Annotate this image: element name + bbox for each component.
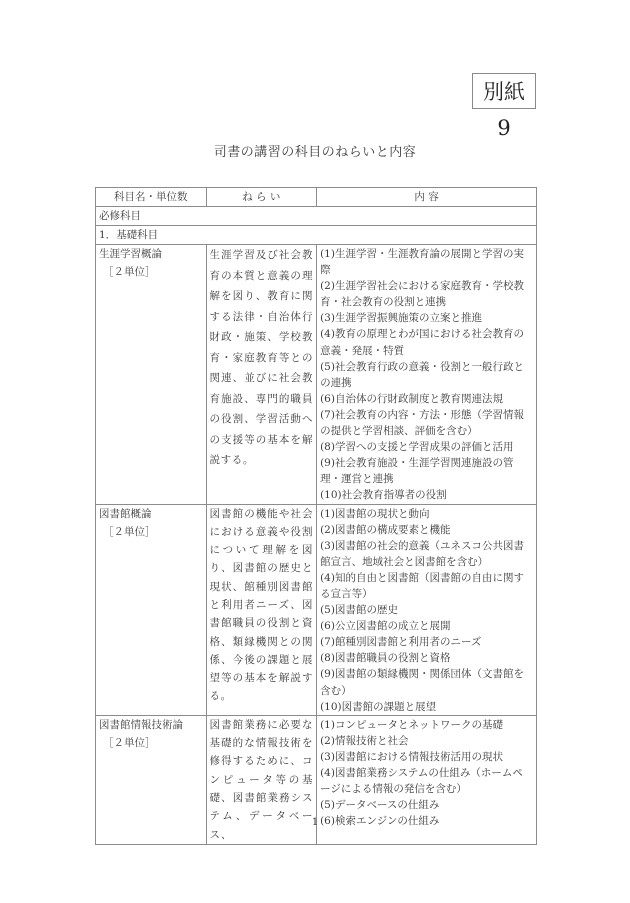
course-content-cell: (1)図書館の現状と動向 (2)図書館の構成要素と機能 (3)図書館の社会的意義… [317,504,537,715]
content-item: (9)図書館の類縁機関・関係団体（文書館を含む） [320,666,533,698]
section-required: 必修科目 [96,207,537,226]
content-item: (5)図書館の歴史 [320,602,533,618]
table-header-row: 科目名・単位数 ね ら い 内 容 [96,188,537,207]
content-item: (10)図書館の課題と展望 [320,699,533,715]
course-aim: 生涯学習及び社会教育の本質と意義の理解を図り、教育に関する法律・自治体行財政・施… [206,245,317,505]
course-content-cell: (1)生涯学習・生涯教育論の展開と学習の実際 (2)生涯学習社会における家庭教育… [317,245,537,505]
subsection-row: 1．基礎科目 [96,226,537,245]
content-item: (5)データベースの仕組み [320,797,533,813]
page-number: 1 [0,817,630,828]
content-item: (3)図書館の社会的意義（ユネスコ公共図書館宣言、地域社会と図書館を含む） [320,538,533,570]
content-item: (1)コンピュータとネットワークの基礎 [320,717,533,733]
content-item: (3)生涯学習振興施策の立案と推進 [320,310,533,326]
header-content: 内 容 [317,188,537,207]
syllabus-table: 科目名・単位数 ね ら い 内 容 必修科目 1．基礎科目 生涯学習概論 ［２単… [95,187,537,845]
table-row: 生涯学習概論 ［２単位］ 生涯学習及び社会教育の本質と意義の理解を図り、教育に関… [96,245,537,505]
content-item: (7)社会教育の内容・方法・形態（学習情報の提供と学習相談、評価を含む） [320,407,533,439]
content-item: (10)社会教育指導者の役割 [320,487,533,503]
header-aim: ね ら い [206,188,317,207]
course-name-cell: 生涯学習概論 ［２単位］ [96,245,207,505]
course-name-cell: 図書館概論 ［２単位］ [96,504,207,715]
course-aim: 図書館の機能や社会における意義や役割について理解を図り、図書館の歴史と現状、館種… [206,504,317,715]
appendix-label: 別紙 9 [472,73,536,109]
course-name: 図書館概論 [99,508,152,520]
page-title: 司書の講習の科目のねらいと内容 [0,141,630,160]
course-name: 生涯学習概論 [99,248,162,260]
content-item: (5)社会教育行政の意義・役割と一般行政との連携 [320,359,533,391]
content-item: (7)館種別図書館と利用者のニーズ [320,634,533,650]
content-item: (6)公立図書館の成立と展開 [320,618,533,634]
section-row: 必修科目 [96,207,537,226]
content-item: (1)生涯学習・生涯教育論の展開と学習の実際 [320,246,533,278]
content-item: (2)生涯学習社会における家庭教育・学校教育・社会教育の役割と連携 [320,278,533,310]
content-item: (9)社会教育施設・生涯学習関連施設の管理・運営と連携 [320,455,533,487]
content-item: (8)図書館職員の役割と資格 [320,650,533,666]
content-item: (4)図書館業務システムの仕組み（ホームページによる情報の発信を含む） [320,765,533,797]
content-item: (4)知的自由と図書館（図書館の自由に関する宣言等） [320,570,533,602]
course-name: 図書館情報技術論 [99,719,183,731]
table-row: 図書館概論 ［２単位］ 図書館の機能や社会における意義や役割について理解を図り、… [96,504,537,715]
course-credit: ［２単位］ [99,263,203,281]
content-item: (6)自治体の行財政制度と教育関連法規 [320,391,533,407]
header-course-name: 科目名・単位数 [96,188,207,207]
content-item: (4)教育の原理とわが国における社会教育の意義・発展・特質 [320,326,533,358]
subsection-basic: 1．基礎科目 [96,226,537,245]
content-item: (3)図書館における情報技術活用の現状 [320,749,533,765]
content-item: (2)図書館の構成要素と機能 [320,522,533,538]
course-credit: ［２単位］ [99,734,203,752]
content-item: (2)情報技術と社会 [320,733,533,749]
course-credit: ［２単位］ [99,523,203,541]
content-item: (8)学習への支援と学習成果の評価と活用 [320,439,533,455]
content-item: (1)図書館の現状と動向 [320,506,533,522]
